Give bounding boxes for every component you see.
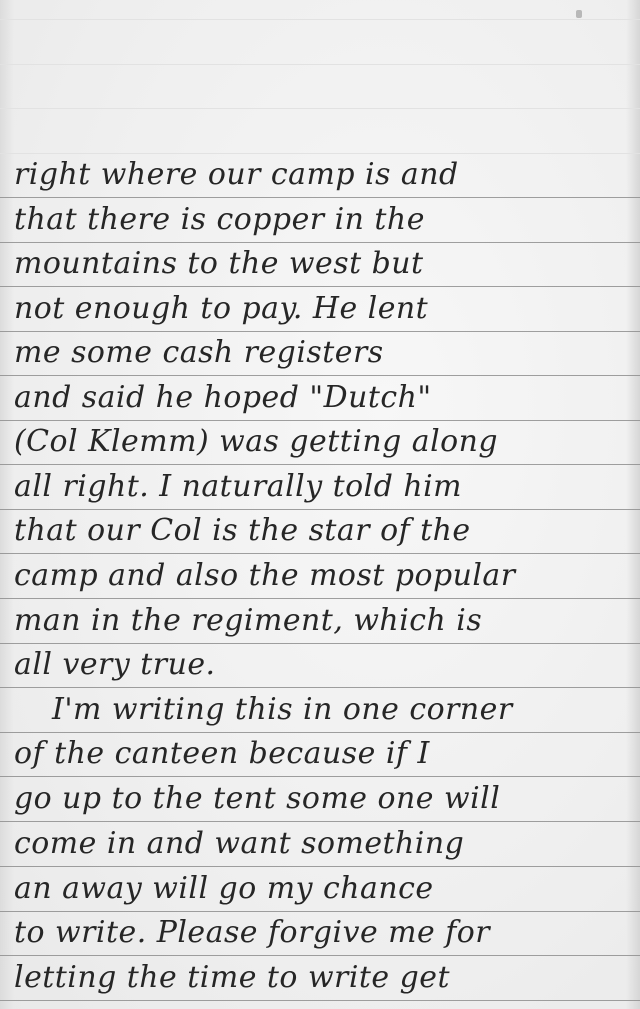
handwritten-line: an away will go my chance	[14, 869, 628, 909]
ruled-line	[0, 464, 640, 465]
ruled-line	[0, 955, 640, 956]
handwritten-line: mountains to the west but	[14, 244, 628, 284]
ruled-line	[0, 776, 640, 777]
handwritten-line: camp and also the most popular	[14, 556, 628, 596]
handwritten-line: letting the time to write get	[14, 958, 628, 998]
handwritten-line: man in the regiment, which is	[14, 601, 628, 641]
ruled-line	[0, 420, 640, 421]
handwritten-line: go up to the tent some one will	[14, 779, 628, 819]
faint-rule	[0, 153, 640, 154]
paper-edge-shadow-left	[0, 0, 14, 1009]
handwritten-line: right where our camp is and	[14, 155, 628, 195]
handwritten-line: all very true.	[14, 645, 628, 685]
handwritten-line: that there is copper in the	[14, 200, 628, 240]
handwritten-line: all right. I naturally told him	[14, 467, 628, 507]
ruled-line	[0, 509, 640, 510]
handwritten-line: me some cash registers	[14, 333, 628, 373]
letter-page: right where our camp is and that there i…	[0, 0, 640, 1009]
ruled-line	[0, 643, 640, 644]
ruled-line	[0, 732, 640, 733]
ruled-line	[0, 331, 640, 332]
ruled-line	[0, 197, 640, 198]
handwritten-line: and said he hoped "Dutch"	[14, 378, 628, 418]
handwritten-line-paragraph-start: I'm writing this in one corner	[52, 690, 628, 730]
faint-rule	[0, 108, 640, 109]
faint-rule	[0, 64, 640, 65]
ruled-line	[0, 598, 640, 599]
ruled-line	[0, 242, 640, 243]
handwritten-line: that our Col is the star of the	[14, 511, 628, 551]
ruled-line	[0, 687, 640, 688]
ruled-line	[0, 375, 640, 376]
handwritten-line: to write. Please forgive me for	[14, 913, 628, 953]
handwritten-line: come in and want something	[14, 824, 628, 864]
handwritten-line: of the canteen because if I	[14, 734, 628, 774]
handwritten-line: (Col Klemm) was getting along	[14, 422, 628, 462]
ruled-line	[0, 866, 640, 867]
ruled-line	[0, 1000, 640, 1001]
ruled-line	[0, 821, 640, 822]
paper-stain	[576, 10, 582, 18]
ruled-line	[0, 911, 640, 912]
ruled-line	[0, 553, 640, 554]
faint-rule	[0, 19, 640, 20]
ruled-line	[0, 286, 640, 287]
handwritten-line: not enough to pay. He lent	[14, 289, 628, 329]
